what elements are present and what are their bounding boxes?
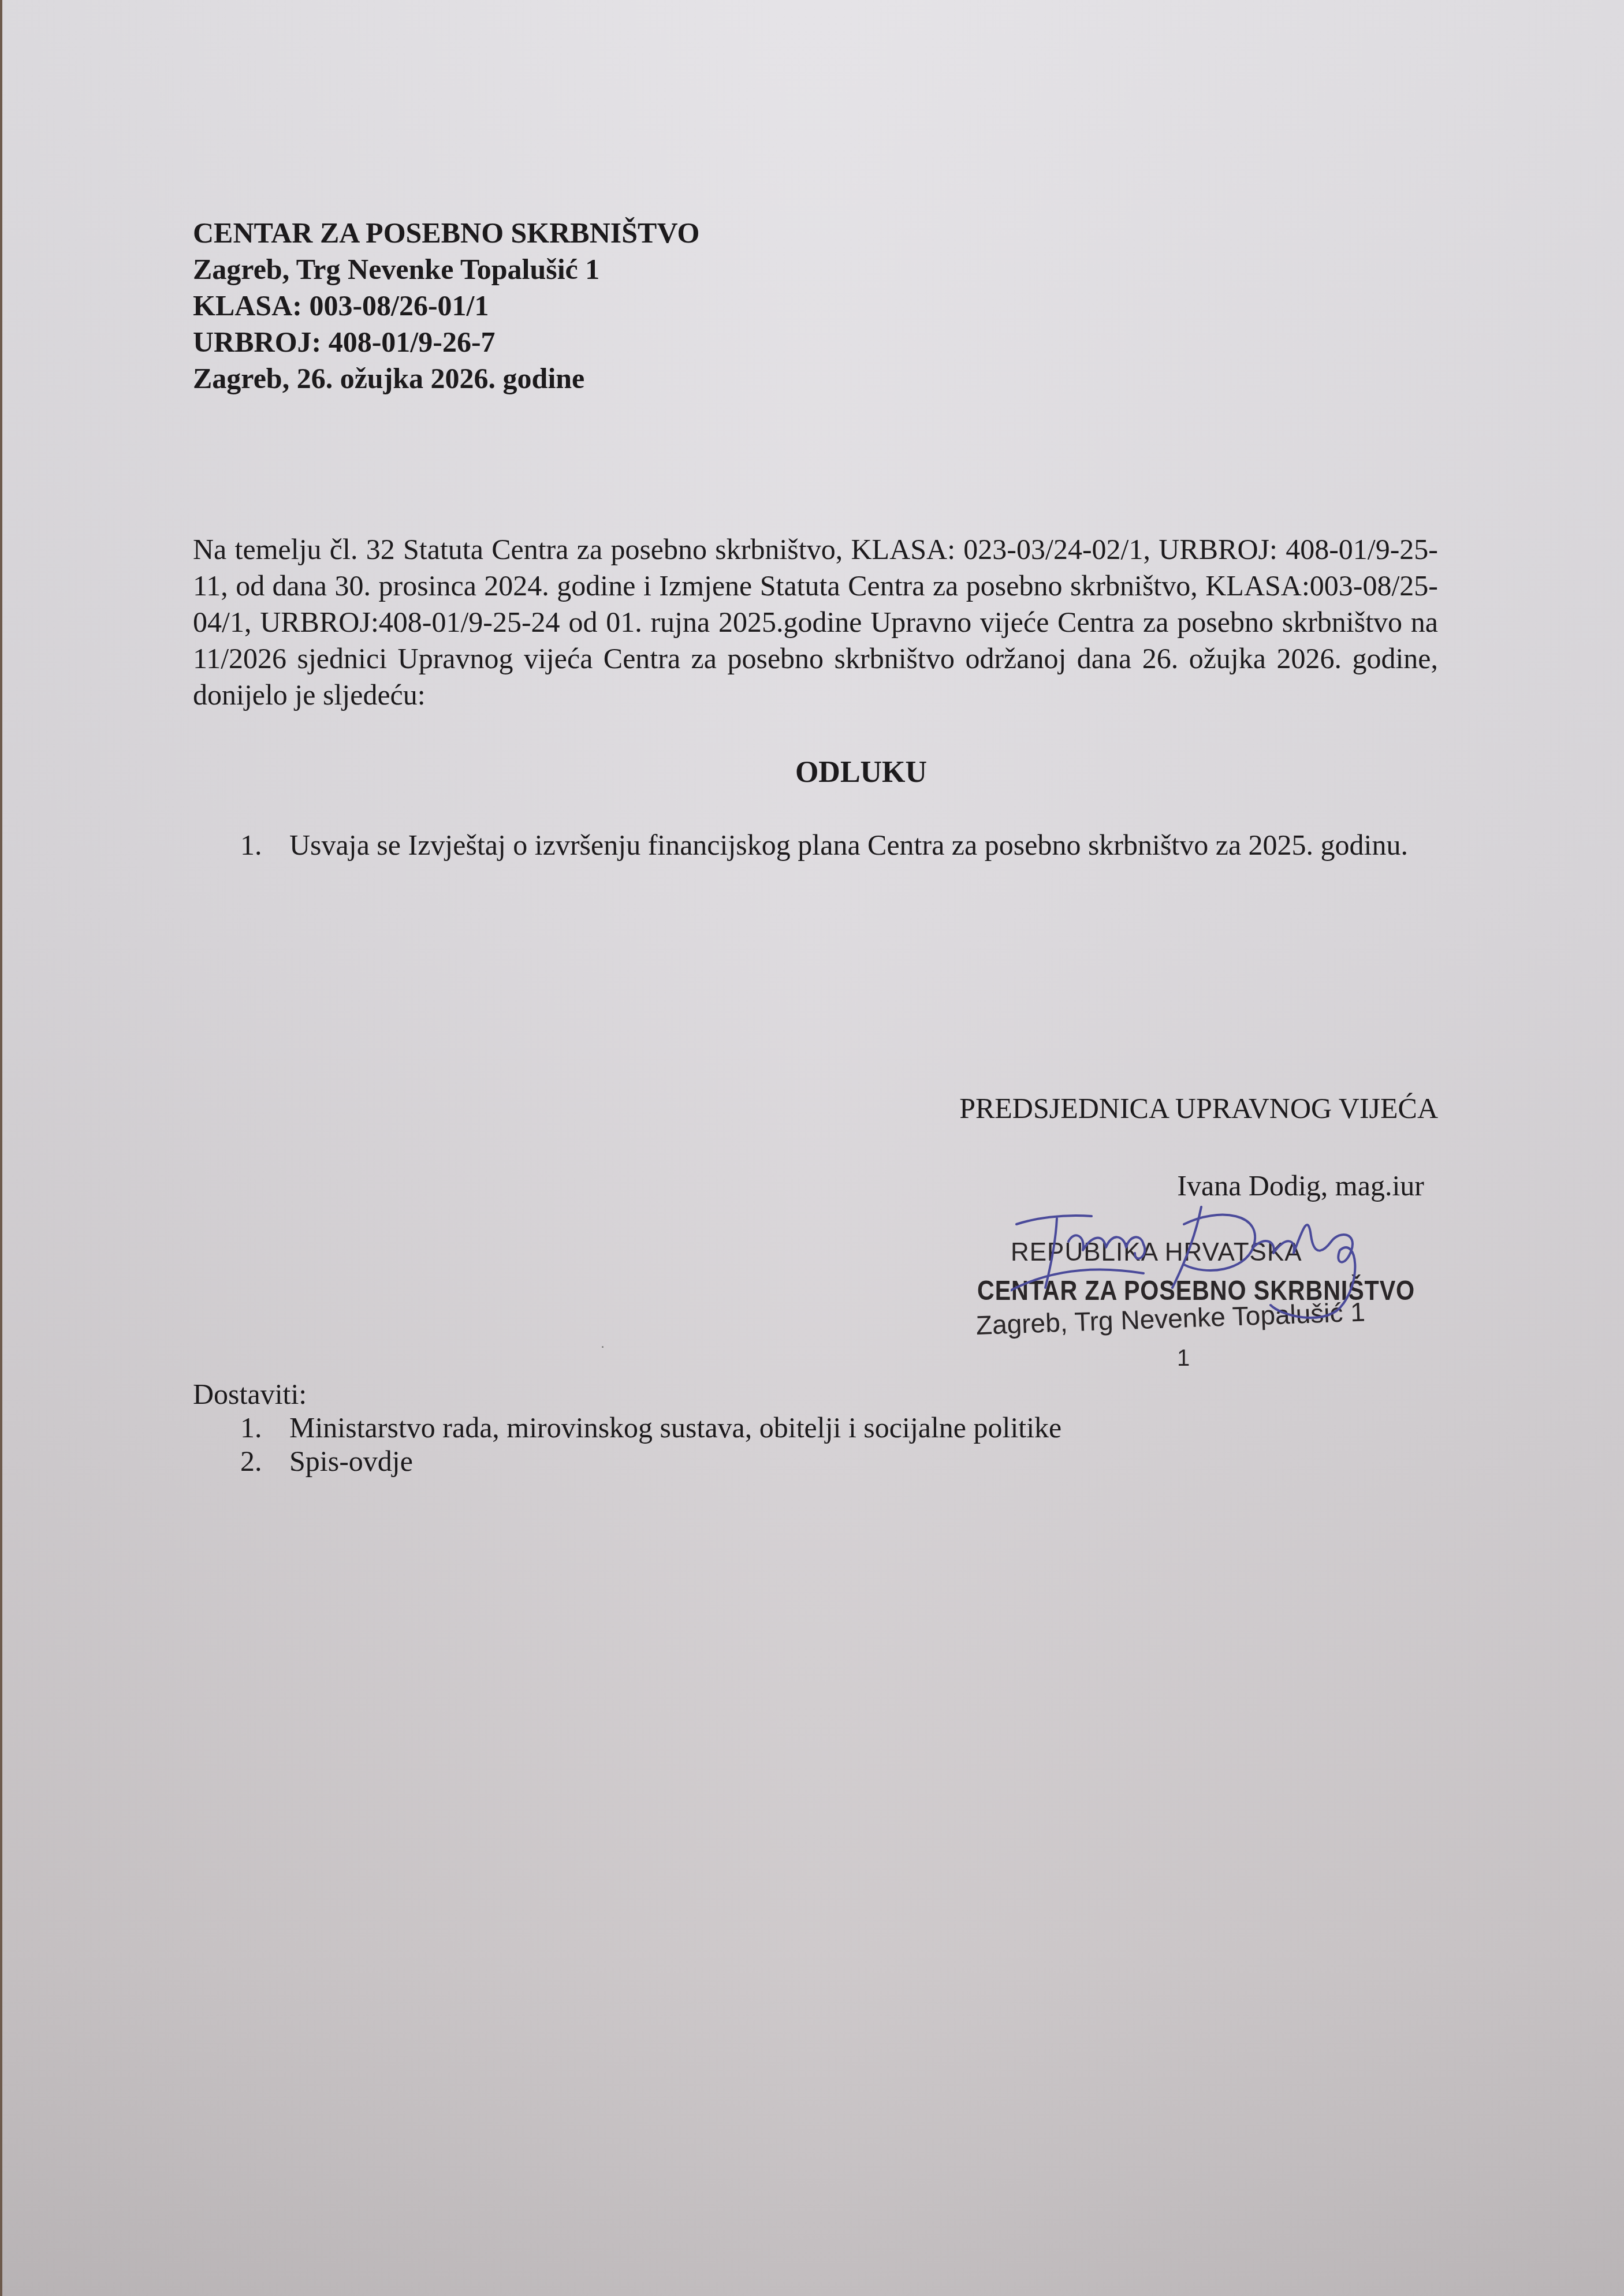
decision-item-text: Usvaja se Izvještaj o izvršenju financij… [289, 827, 1408, 863]
signatory-title: PREDSJEDNICA UPRAVNOG VIJEĆA [959, 1090, 1438, 1127]
recipient-number: 1. [240, 1411, 289, 1444]
paper-speck [602, 1346, 604, 1348]
klasa-number: KLASA: 003-08/26-01/1 [193, 288, 699, 324]
document-header: CENTAR ZA POSEBNO SKRBNIŠTVO Zagreb, Trg… [193, 215, 699, 397]
recipient-item: 2. Spis-ovdje [193, 1444, 1061, 1478]
recipients-section: Dostaviti: 1. Ministarstvo rada, mirovin… [193, 1377, 1061, 1478]
decision-item: 1. Usvaja se Izvještaj o izvršenju finan… [240, 827, 1438, 863]
paper-edge [0, 0, 2, 2296]
recipients-label: Dostaviti: [193, 1377, 1061, 1411]
recipient-number: 2. [240, 1444, 289, 1478]
recipient-text: Spis-ovdje [289, 1444, 413, 1478]
recipient-item: 1. Ministarstvo rada, mirovinskog sustav… [193, 1411, 1061, 1444]
handwritten-signature-icon [1011, 1201, 1438, 1328]
place-date: Zagreb, 26. ožujka 2026. godine [193, 360, 699, 397]
recipient-text: Ministarstvo rada, mirovinskog sustava, … [289, 1411, 1061, 1444]
stamp-number: 1 [1177, 1345, 1190, 1371]
decision-title: ODLUKU [0, 754, 1624, 791]
recipients-list: 1. Ministarstvo rada, mirovinskog sustav… [193, 1411, 1061, 1478]
decision-item-number: 1. [240, 827, 289, 863]
decision-list: 1. Usvaja se Izvještaj o izvršenju finan… [240, 827, 1438, 863]
urbroj-number: URBROJ: 408-01/9-26-7 [193, 324, 699, 360]
institution-address: Zagreb, Trg Nevenke Topalušić 1 [193, 251, 699, 288]
preamble-paragraph: Na temelju čl. 32 Statuta Centra za pose… [193, 531, 1438, 713]
signatory-name: Ivana Dodig, mag.iur [1177, 1168, 1424, 1204]
institution-name: CENTAR ZA POSEBNO SKRBNIŠTVO [193, 215, 699, 251]
